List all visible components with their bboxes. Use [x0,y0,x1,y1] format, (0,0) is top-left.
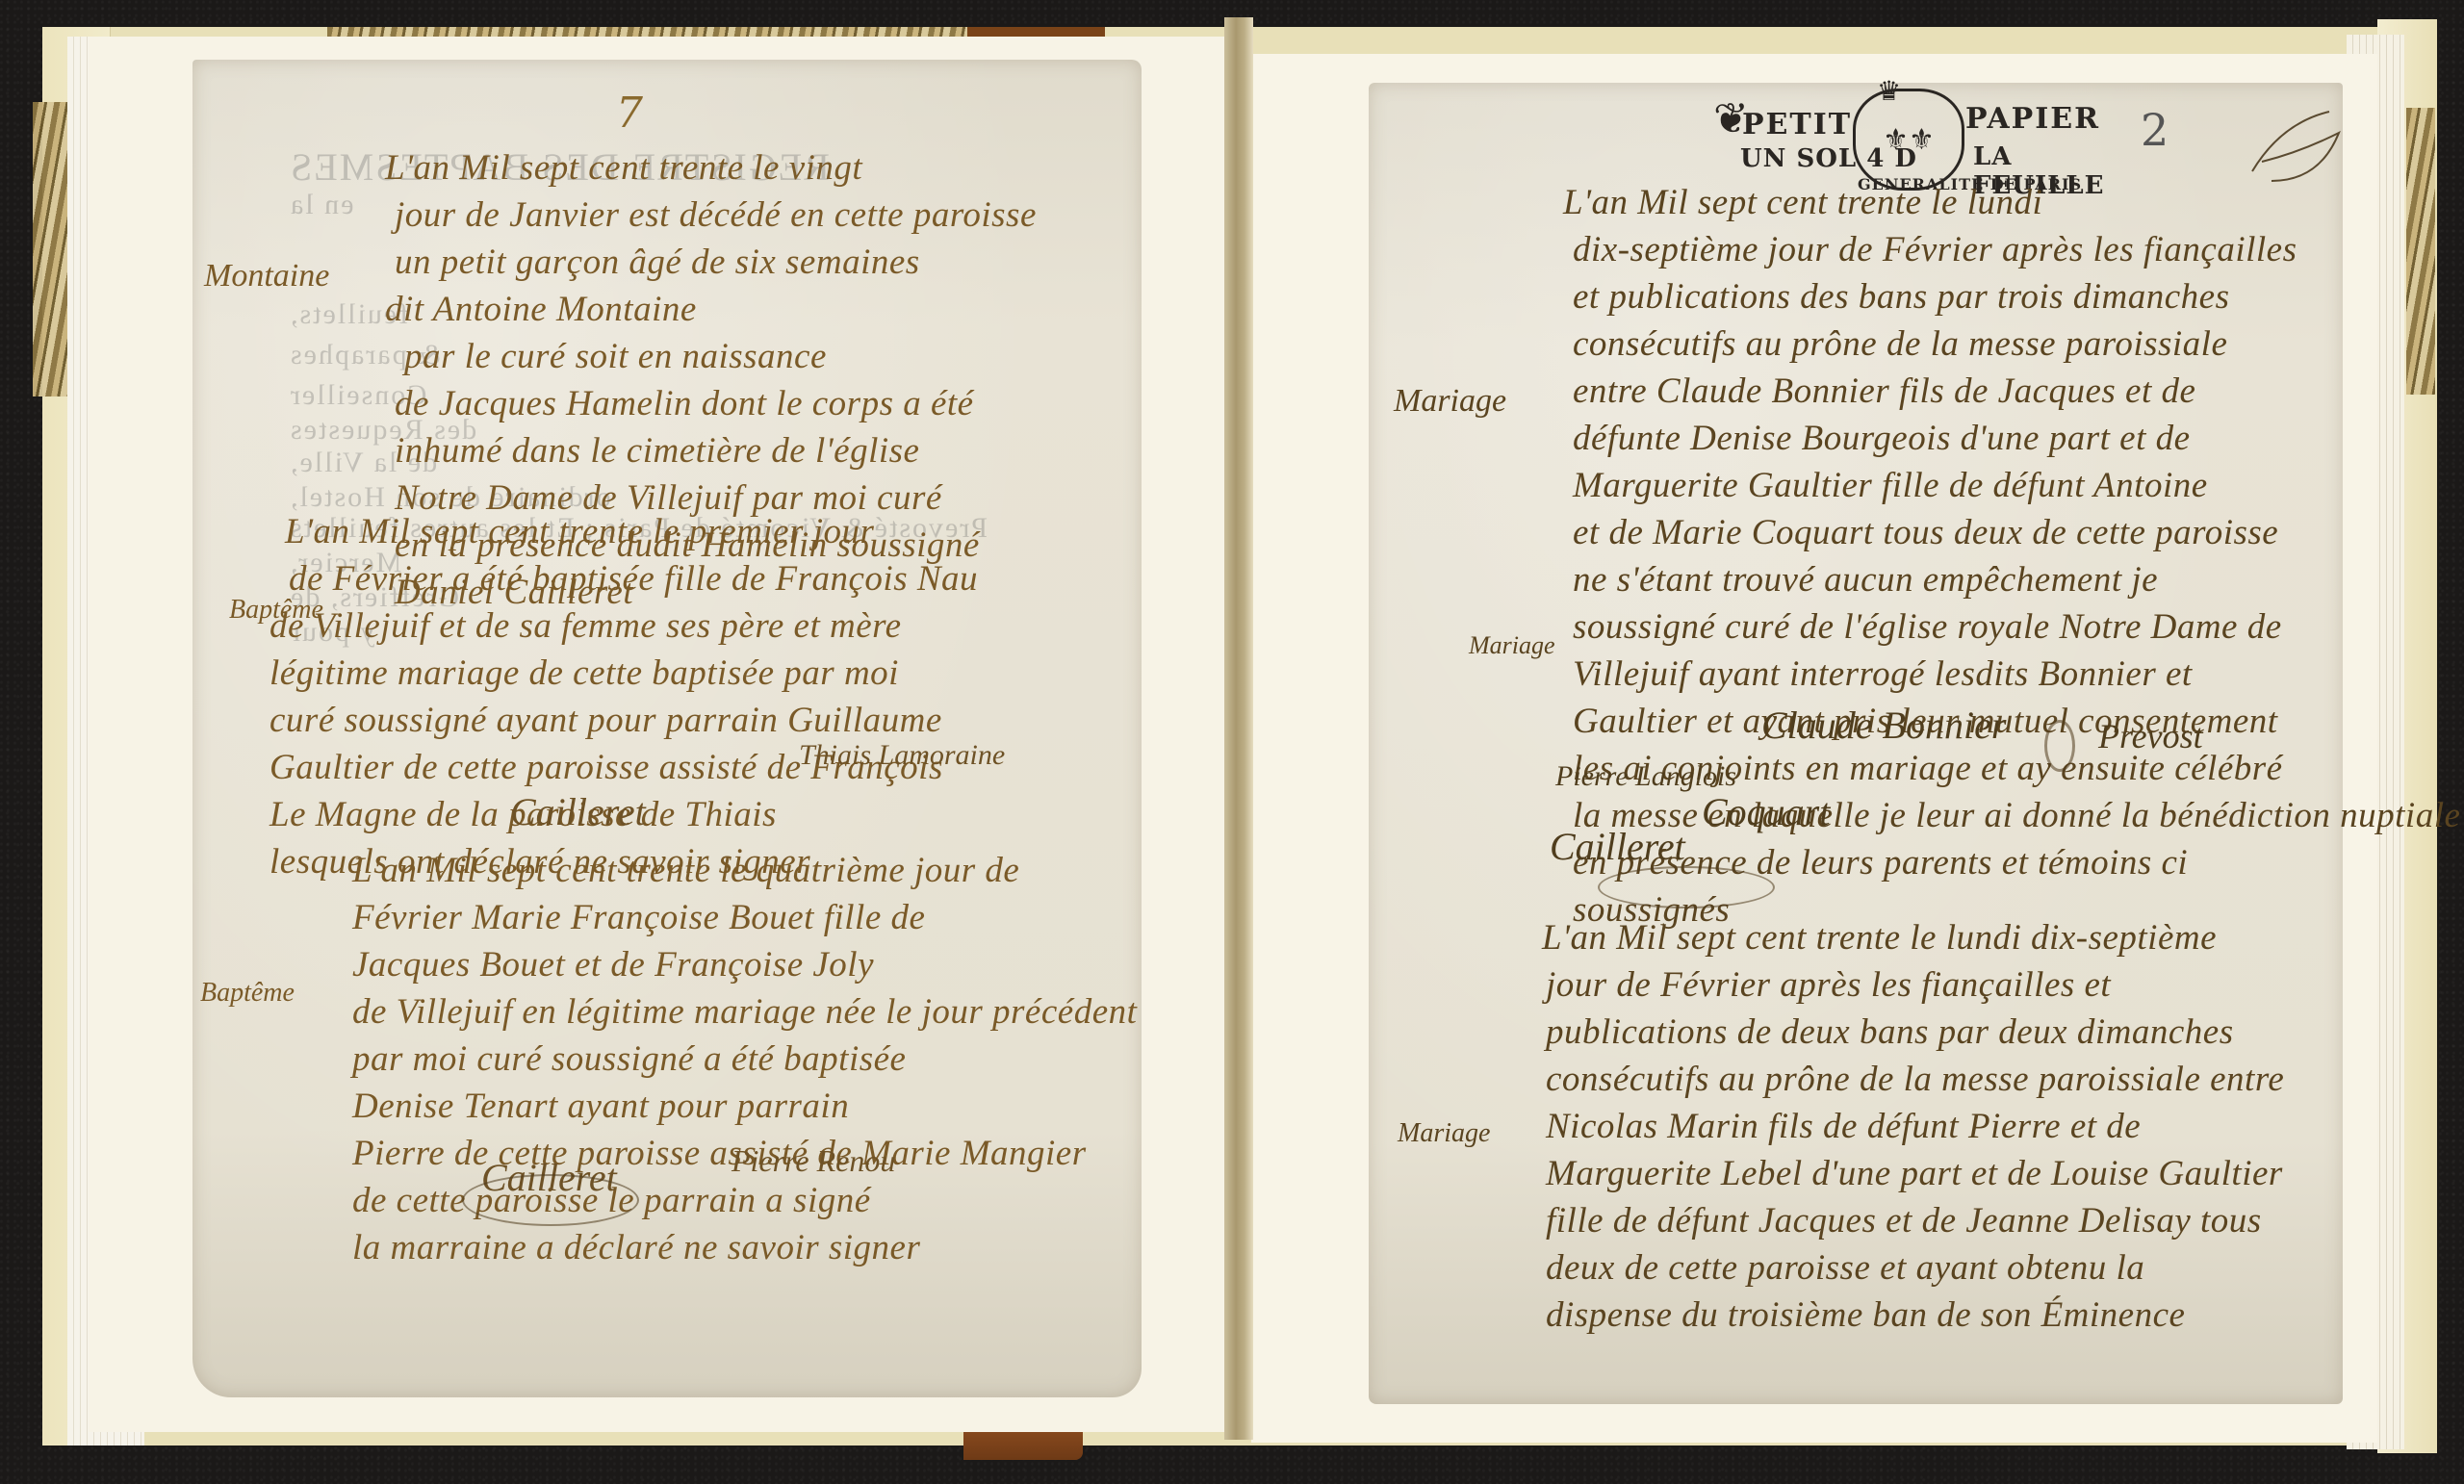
folio-number-left: 7 [616,89,643,138]
entry-line: par moi curé soussigné a été baptisée [352,1036,1137,1083]
paraph-flourish [462,1174,639,1226]
entry-line: L'an Mil sept cent trente le lundi [1553,179,2460,226]
entry-line: dix-septième jour de Février après les f… [1553,226,2460,273]
entry-line: et publications des bans par trois diman… [1553,273,2460,320]
signature-witness: Coquart [1702,789,1830,834]
entry-line: jour de Janvier est décédé en cette paro… [385,192,1037,239]
entry-line: consécutifs au prône de la messe paroiss… [1553,320,2460,368]
stamp-text: PETIT [1742,108,1852,141]
entry-line: entre Claude Bonnier fils de Jacques et … [1553,368,2460,415]
entry-line: la marraine a déclaré ne savoir signer [352,1224,1137,1271]
entry-line: un petit garçon âgé de six semaines [385,239,1037,286]
entry-line: Jacques Bouet et de Françoise Joly [352,941,1137,988]
bleed-through-line: en la [289,189,353,221]
entry-line: Marguerite Gaultier fille de défunt Anto… [1553,462,2460,509]
quill-flourish-icon [2243,104,2348,191]
entry-line: Denise Tenart ayant pour parrain [352,1083,1137,1130]
entry-line: curé soussigné ayant pour parrain Guilla… [269,697,978,744]
entry-line: par le curé soit en naissance [385,333,1037,380]
entry-line: de Villejuif et de sa femme ses père et … [269,602,978,650]
signature-groom: Claude Bonnier [1761,703,2006,748]
entry-line: et de Marie Coquart tous deux de cette p… [1553,509,2460,556]
margin-note: Baptême [200,978,295,1009]
margin-note: Montaine [204,258,329,294]
entry-line: fille de défunt Jacques et de Jeanne Del… [1532,1197,2284,1244]
entry-line: Février Marie Françoise Bouet fille de [352,894,1137,941]
tax-stamp: ❦ PETIT UN SOL 4 D ♛ ⚜⚜ PAPIER LA FEUILL… [1713,85,2117,191]
signature-cure: Cailleret [510,789,646,834]
entry-line: inhumé dans le cimetière de l'église [385,427,1037,474]
entry-line: dit Antoine Montaine [385,286,1037,333]
signature-cure: Cailleret [1550,824,1685,869]
register-entry: L'an Mil sept cent trente le lundi dix-s… [1553,179,2460,934]
entry-line: défunte Denise Bourgeois d'une part et d… [1553,415,2460,462]
entry-line: Nicolas Marin fils de défunt Pierre et d… [1532,1103,2284,1150]
entry-line: jour de Février après les fiançailles et [1532,961,2284,1009]
mark-of-illiterate-signatory [2044,720,2075,772]
entry-line: Villejuif ayant interrogé lesdits Bonnie… [1553,651,2460,698]
entry-line: L'an Mil sept cent trente le vingt [385,144,1037,192]
entry-line: Marguerite Lebel d'une part et de Louise… [1532,1150,2284,1197]
entry-line: L'an Mil sept cent trente le premier jou… [269,508,978,555]
signature-parrain: Pierre Renou [731,1143,895,1179]
book-gutter [1224,17,1253,1440]
entry-line: de Villejuif en légitime mariage née le … [352,988,1137,1036]
entry-line: consécutifs au prône de la messe paroiss… [1532,1056,2284,1103]
entry-line: de Jacques Hamelin dont le corps a été [385,380,1037,427]
entry-line: Gaultier et ayant pris leur mutuel conse… [1553,698,2460,745]
entry-line: dispense du troisième ban de son Éminenc… [1532,1292,2284,1339]
entry-line: la messe en laquelle je leur ai donné la… [1553,792,2460,839]
signature-witness: Prevost [2098,716,2203,756]
register-entry: L'an Mil sept cent trente le lundi dix-s… [1532,914,2284,1339]
paraph-flourish [1598,866,1775,908]
entry-line: publications de deux bans par deux diman… [1532,1009,2284,1056]
entry-line: de Février a été baptisée fille de Franç… [269,555,978,602]
folio-number-right: 2 [2141,104,2169,156]
margin-note: Mariage [1394,383,1506,420]
spine-leather-bottom [963,1427,1083,1460]
margin-note: Mariage [1398,1118,1490,1149]
signature-witness: Pierre Langlois [1555,760,1736,793]
margin-note: Mariage [1469,631,1555,660]
entry-line: ne s'étant trouvé aucun empêchement je [1553,556,2460,603]
entry-line: soussigné curé de l'église royale Notre … [1553,603,2460,651]
entry-line: deux de cette paroisse et ayant obtenu l… [1532,1244,2284,1292]
stamp-text: PAPIER [1965,102,2100,136]
entry-line: légitime mariage de cette baptisée par m… [269,650,978,697]
entry-line: L'an Mil sept cent trente le lundi dix-s… [1532,914,2284,961]
entry-line: L'an Mil sept cent trente le quatrième j… [352,847,1137,894]
signature-witness: Thiais Lamoraine [799,739,1005,772]
